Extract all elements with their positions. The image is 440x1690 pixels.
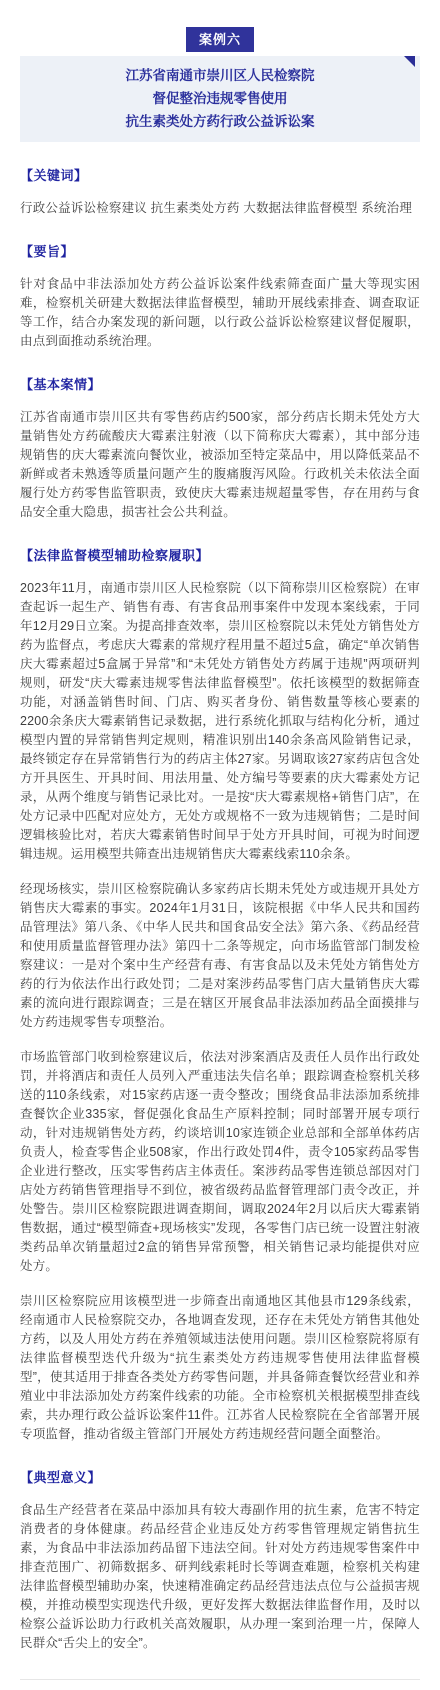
folded-corner-icon bbox=[404, 56, 415, 67]
gist-text: 针对食品中非法添加处方药公益诉讼案件线索筛查面广量大等现实困难，检察机关研建大数… bbox=[20, 275, 420, 351]
case-title-line-1: 江苏省南通市崇川区人民检察院 bbox=[32, 64, 408, 87]
case-title-line-3: 抗生素类处方药行政公益诉讼案 bbox=[32, 110, 408, 133]
model-assistance-paragraph-4: 崇川区检察院应用该模型进一步筛查出南通地区其他县市129条线索，经南通市人民检察… bbox=[20, 1292, 420, 1444]
significance-heading: 【典型意义】 bbox=[20, 1470, 420, 1485]
case-title-line-2: 督促整治违规零售使用 bbox=[32, 87, 408, 110]
gist-heading: 【要旨】 bbox=[20, 244, 420, 259]
section-gist: 【要旨】 针对食品中非法添加处方药公益诉讼案件线索筛查面广量大等现实困难，检察机… bbox=[20, 244, 420, 351]
model-assistance-paragraph-3: 市场监管部门收到检察建议后，依法对涉案酒店及责任人员作出行政处罚，并将酒店和责任… bbox=[20, 1048, 420, 1276]
keywords-heading: 【关键词】 bbox=[20, 168, 420, 183]
significance-text: 食品生产经营者在菜品中添加具有较大毒副作用的抗生素，危害不特定消费者的身体健康。… bbox=[20, 1501, 420, 1653]
section-significance: 【典型意义】 食品生产经营者在菜品中添加具有较大毒副作用的抗生素，危害不特定消费… bbox=[20, 1470, 420, 1653]
case-title-box: 江苏省南通市崇川区人民检察院 督促整治违规零售使用 抗生素类处方药行政公益诉讼案 bbox=[20, 56, 420, 142]
case-number-badge: 案例六 bbox=[186, 27, 254, 52]
bottom-divider bbox=[20, 1679, 420, 1680]
basic-facts-heading: 【基本案情】 bbox=[20, 377, 420, 392]
model-assistance-heading: 【法律监督模型辅助检察履职】 bbox=[20, 548, 420, 563]
model-assistance-paragraph-1: 2023年11月，南通市崇川区人民检察院（以下简称崇川区检察院）在审查起诉一起生… bbox=[20, 579, 420, 864]
basic-facts-text: 江苏省南通市崇川区共有零售药店约500家，部分药店长期未凭处方大量销售处方药硫酸… bbox=[20, 408, 420, 522]
model-assistance-paragraph-2: 经现场核实，崇川区检察院确认多家药店长期未凭处方或违规开具处方销售庆大霉素的事实… bbox=[20, 880, 420, 1032]
case-document-page: 案例六 江苏省南通市崇川区人民检察院 督促整治违规零售使用 抗生素类处方药行政公… bbox=[0, 0, 440, 1690]
section-keywords: 【关键词】 行政公益诉讼检察建议 抗生素类处方药 大数据法律监督模型 系统治理 bbox=[20, 168, 420, 218]
keywords-text: 行政公益诉讼检察建议 抗生素类处方药 大数据法律监督模型 系统治理 bbox=[20, 199, 420, 218]
section-basic-facts: 【基本案情】 江苏省南通市崇川区共有零售药店约500家，部分药店长期未凭处方大量… bbox=[20, 377, 420, 522]
section-model-assistance: 【法律监督模型辅助检察履职】 2023年11月，南通市崇川区人民检察院（以下简称… bbox=[20, 548, 420, 1444]
